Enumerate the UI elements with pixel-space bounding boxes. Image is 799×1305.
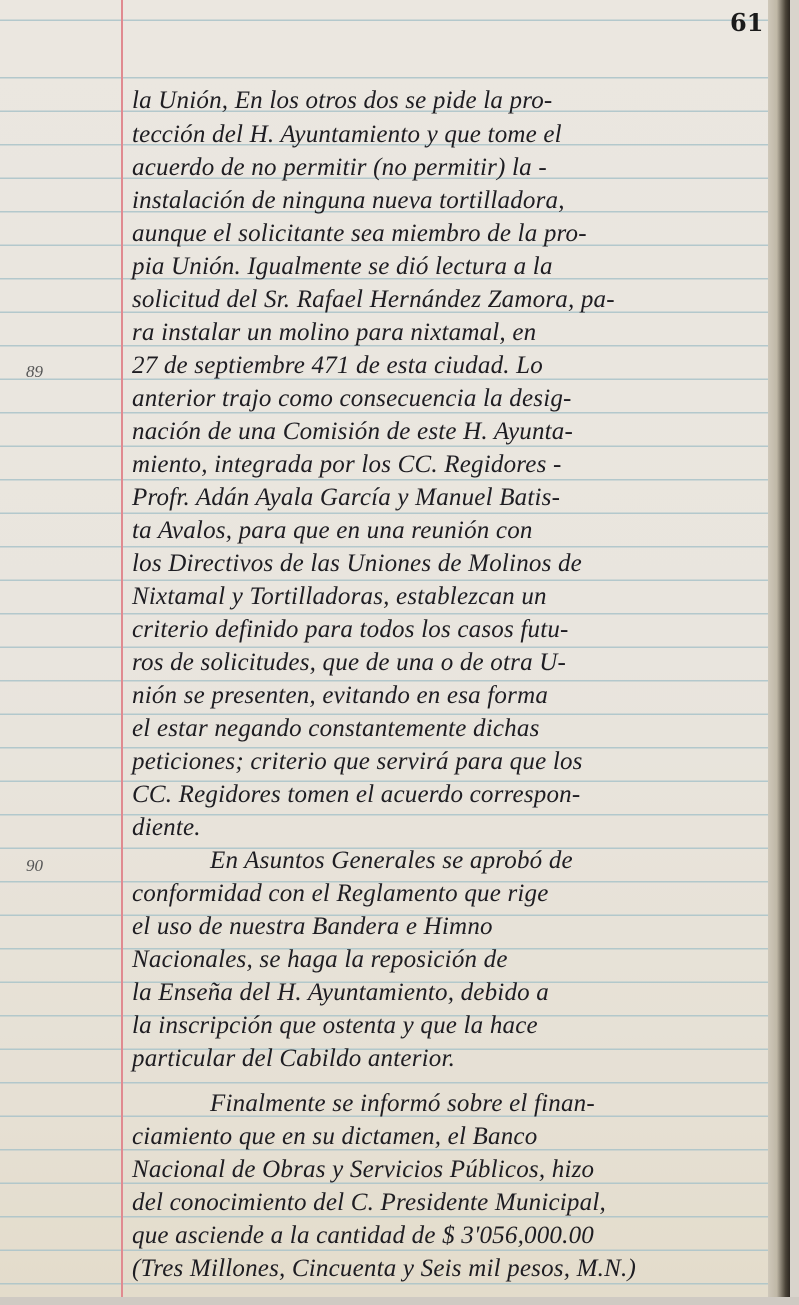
text-line: que asciende a la cantidad de $ 3'056,00… — [132, 1221, 772, 1251]
text-line: instalación de ninguna nueva tortillador… — [132, 186, 772, 216]
text-line: tección del H. Ayuntamiento y que tome e… — [132, 120, 772, 150]
text-line: Nacional de Obras y Servicios Públicos, … — [132, 1155, 772, 1185]
text-line: nación de una Comisión de este H. Ayunta… — [132, 417, 772, 447]
text-line: miento, integrada por los CC. Regidores … — [132, 450, 772, 480]
text-line: Nixtamal y Tortilladoras, establezcan un — [132, 582, 772, 612]
text-line: criterio definido para todos los casos f… — [132, 615, 772, 645]
background-surface — [0, 1297, 799, 1305]
text-line: acuerdo de no permitir (no permitir) la … — [132, 153, 772, 183]
text-line: el uso de nuestra Bandera e Himno — [132, 912, 772, 942]
text-line: la Unión, En los otros dos se pide la pr… — [132, 86, 772, 116]
text-line: En Asuntos Generales se aprobó de — [210, 846, 790, 876]
margin-entry-number: 89 — [26, 362, 43, 382]
text-line: ra instalar un molino para nixtamal, en — [132, 318, 772, 348]
text-line: ros de solicitudes, que de una o de otra… — [132, 648, 772, 678]
margin-entry-number: 90 — [26, 856, 43, 876]
text-line: CC. Regidores tomen el acuerdo correspon… — [132, 780, 772, 810]
text-line: del conocimiento del C. Presidente Munic… — [132, 1188, 772, 1218]
red-margin-line — [121, 0, 123, 1297]
text-line: Profr. Adán Ayala García y Manuel Batis- — [132, 483, 772, 513]
page-number: 61 — [730, 8, 763, 37]
text-line: aunque el solicitante sea miembro de la … — [132, 219, 772, 249]
text-line: Nacionales, se haga la reposición de — [132, 945, 772, 975]
text-line: Finalmente se informó sobre el finan- — [210, 1089, 790, 1119]
text-line: el estar negando constantemente dichas — [132, 714, 772, 744]
text-line: particular del Cabildo anterior. — [132, 1044, 772, 1074]
text-line: diente. — [132, 813, 772, 843]
text-line: ta Avalos, para que en una reunión con — [132, 516, 772, 546]
text-line: ciamiento que en su dictamen, el Banco — [132, 1122, 772, 1152]
text-line: (Tres Millones, Cincuenta y Seis mil pes… — [132, 1254, 772, 1284]
text-line: anterior trajo como consecuencia la desi… — [132, 384, 772, 414]
text-line: peticiones; criterio que servirá para qu… — [132, 747, 772, 777]
ledger-page: 61 89 90 la Unión, En los otros dos se p… — [0, 0, 790, 1297]
text-line: 27 de septiembre 471 de esta ciudad. Lo — [132, 351, 772, 381]
text-line: los Directivos de las Uniones de Molinos… — [132, 549, 772, 579]
text-line: nión se presenten, evitando en esa forma — [132, 681, 772, 711]
text-line: conformidad con el Reglamento que rige — [132, 879, 772, 909]
text-line: pia Unión. Igualmente se dió lectura a l… — [132, 252, 772, 282]
text-line: la inscripción que ostenta y que la hace — [132, 1011, 772, 1041]
text-line: la Enseña del H. Ayuntamiento, debido a — [132, 978, 772, 1008]
text-line: solicitud del Sr. Rafael Hernández Zamor… — [132, 285, 772, 315]
